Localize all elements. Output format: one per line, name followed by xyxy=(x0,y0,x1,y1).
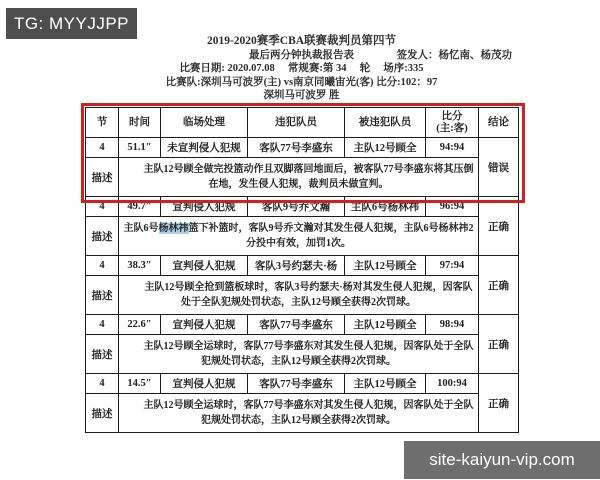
col-header-period: 节 xyxy=(86,108,119,138)
cell-score: 98:94 xyxy=(426,315,479,335)
incident-3-row: 4 38.3″ 宣判侵人犯规 客队3号约瑟夫·杨 主队12号顾全 97:94 正… xyxy=(86,256,519,276)
site-watermark: site-kaiyun-vip.com xyxy=(404,441,600,479)
cell-ruling: 宣判侵人犯规 xyxy=(161,374,248,394)
cell-score: 97:94 xyxy=(426,256,479,276)
cell-time: 51.1″ xyxy=(119,138,161,158)
winner-line: 深圳马可波罗 胜 xyxy=(85,89,518,103)
cell-description: 主队6号杨林祎篮下补篮时，客队9号乔文瀚对其发生侵人犯规，主队6号杨林祎2分投中… xyxy=(119,217,479,256)
cell-score: 94:94 xyxy=(426,138,479,158)
cell-score: 96:94 xyxy=(426,197,479,217)
score-header-line2: (主:客) xyxy=(428,123,476,135)
incident-1-description-row: 描述 主队12号顾全做完投篮动作且双脚落回地面后，被客队77号李盛东将其压倒在地… xyxy=(86,158,519,197)
incident-1-row: 4 51.1″ 未宣判侵人犯规 客队77号李盛东 主队12号顾全 94:94 错… xyxy=(86,138,519,158)
description-label: 描述 xyxy=(86,158,119,197)
highlighted-player-name: 杨林祎 xyxy=(159,223,189,234)
cell-period: 4 xyxy=(86,197,119,217)
description-text-before: 主队6号 xyxy=(124,223,159,234)
col-header-offender: 违犯队员 xyxy=(248,108,345,138)
cell-offended: 主队6号杨林祎 xyxy=(345,197,426,217)
cell-period: 4 xyxy=(86,138,119,158)
cell-ruling: 宣判侵人犯规 xyxy=(161,315,248,335)
score-header-line1: 比分 xyxy=(428,111,476,123)
incident-3-description-row: 描述 主队12号顾全抢到篮板球时，客队3号约瑟夫·杨对其发生侵人犯规，因客队处于… xyxy=(86,276,519,315)
cell-offender: 客队9号乔文瀚 xyxy=(248,197,345,217)
cell-offender: 客队77号李盛东 xyxy=(248,138,345,158)
cell-time: 38.3″ xyxy=(119,256,161,276)
cell-conclusion: 正确 xyxy=(479,315,519,374)
cell-offended: 主队12号顾全 xyxy=(345,138,426,158)
cell-offended: 主队12号顾全 xyxy=(345,315,426,335)
description-label: 描述 xyxy=(86,335,119,374)
report-title-line1: 2019-2020赛季CBA联赛裁判员第四节 xyxy=(85,35,518,49)
cell-time: 49.7″ xyxy=(119,197,161,217)
cell-offender: 客队77号李盛东 xyxy=(248,374,345,394)
col-header-score: 比分 (主:客) xyxy=(426,108,479,138)
incident-4-description-row: 描述 主队12号顾全运球时，客队77号李盛东对其发生侵人犯规，因客队处于全队犯规… xyxy=(86,335,519,374)
cell-conclusion: 正确 xyxy=(479,197,519,256)
referee-report-table: 节 时间 临场处理 违犯队员 被违犯队员 比分 (主:客) 结论 4 51.1″… xyxy=(85,107,519,433)
incident-2-row: 4 49.7″ 宣判侵人犯规 客队9号乔文瀚 主队6号杨林祎 96:94 正确 xyxy=(86,197,519,217)
col-header-offended: 被违犯队员 xyxy=(345,108,426,138)
cell-ruling: 宣判侵人犯规 xyxy=(161,197,248,217)
cell-offender: 客队77号李盛东 xyxy=(248,315,345,335)
description-label: 描述 xyxy=(86,394,119,433)
cell-offender: 客队3号约瑟夫·杨 xyxy=(248,256,345,276)
cell-time: 14.5″ xyxy=(119,374,161,394)
table-header-row: 节 时间 临场处理 违犯队员 被违犯队员 比分 (主:客) 结论 xyxy=(86,108,519,138)
report-title-line2: 最后两分钟执裁报告表 签发人：杨忆南、杨茂功 xyxy=(85,49,518,63)
col-header-time: 时间 xyxy=(119,108,161,138)
incident-5-description-row: 描述 主队12号顾全运球时，客队77号李盛东对其发生侵人犯规，因客队处于全队犯规… xyxy=(86,394,519,433)
cell-offended: 主队12号顾全 xyxy=(345,374,426,394)
report-subtitle: 最后两分钟执裁报告表 xyxy=(249,50,354,61)
cell-ruling: 宣判侵人犯规 xyxy=(161,256,248,276)
cell-conclusion: 错误 xyxy=(479,138,519,197)
description-text-after: 篮下补篮时，客队9号乔文瀚对其发生侵人犯规，主队6号杨林祎2分投中有效，加罚1次… xyxy=(189,223,474,249)
cell-description: 主队12号顾全运球时，客队77号李盛东对其发生侵人犯规，因客队处于全队犯规处罚状… xyxy=(119,335,479,374)
cell-time: 22.6″ xyxy=(119,315,161,335)
cell-description: 主队12号顾全运球时，客队77号李盛东对其发生侵人犯规，因客队处于全队犯规处罚状… xyxy=(119,394,479,433)
match-date-line: 比赛日期: 2020.07.08 常规赛:第 34 轮 场序:335 xyxy=(85,62,518,76)
col-header-ruling: 临场处理 xyxy=(161,108,248,138)
col-header-conclusion: 结论 xyxy=(479,108,519,138)
cell-score: 100:94 xyxy=(426,374,479,394)
teams-score-line: 比赛队:深圳马可波罗(主) vs南京同曦宙光(客) 比分:102：97 xyxy=(85,76,518,90)
cell-ruling: 未宣判侵人犯规 xyxy=(161,138,248,158)
description-label: 描述 xyxy=(86,217,119,256)
signer-names: 签发人：杨忆南、杨茂功 xyxy=(397,49,513,63)
cell-offended: 主队12号顾全 xyxy=(345,256,426,276)
incident-5-row: 4 14.5″ 宣判侵人犯规 客队77号李盛东 主队12号顾全 100:94 正… xyxy=(86,374,519,394)
cell-period: 4 xyxy=(86,256,119,276)
cell-period: 4 xyxy=(86,374,119,394)
cell-description: 主队12号顾全做完投篮动作且双脚落回地面后，被客队77号李盛东将其压倒在地，发生… xyxy=(119,158,479,197)
incident-4-row: 4 22.6″ 宣判侵人犯规 客队77号李盛东 主队12号顾全 98:94 正确 xyxy=(86,315,519,335)
cell-period: 4 xyxy=(86,315,119,335)
cell-description: 主队12号顾全抢到篮板球时，客队3号约瑟夫·杨对其发生侵人犯规，因客队处于全队犯… xyxy=(119,276,479,315)
cell-conclusion: 正确 xyxy=(479,256,519,315)
report-header: 2019-2020赛季CBA联赛裁判员第四节 最后两分钟执裁报告表 签发人：杨忆… xyxy=(85,35,518,103)
cell-conclusion: 正确 xyxy=(479,374,519,433)
description-label: 描述 xyxy=(86,276,119,315)
incident-2-description-row: 描述 主队6号杨林祎篮下补篮时，客队9号乔文瀚对其发生侵人犯规，主队6号杨林祎2… xyxy=(86,217,519,256)
